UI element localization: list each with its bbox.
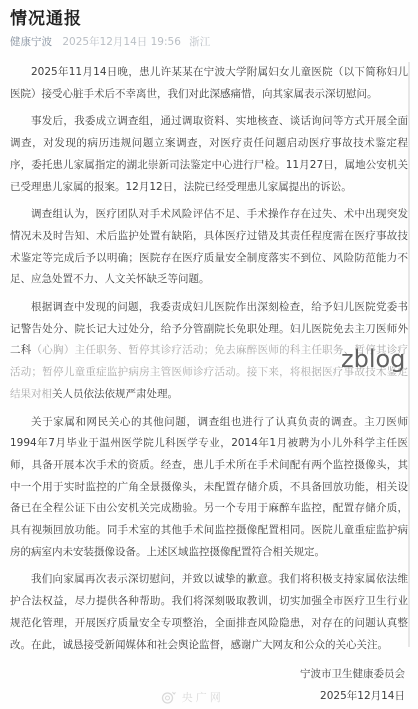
paragraph-other-questions: 关于家属和网民关心的其他问题，调查组也进行了认真负责的调查。主刀医师1994年7… bbox=[10, 412, 408, 564]
byline: 健康宁波 2025年12月14日 19:56 浙江 bbox=[0, 29, 418, 49]
notice-article-page: 情况通报 健康宁波 2025年12月14日 19:56 浙江 2025年11月1… bbox=[0, 0, 418, 709]
page-title: 情况通报 bbox=[0, 0, 418, 29]
zblog-watermark: zblog bbox=[341, 342, 405, 376]
source-account-link[interactable]: 健康宁波 bbox=[10, 36, 52, 48]
paragraph-investigation-actions: 事发后，我委成立调查组，通过调取资料、实地核查、谈话询问等方式开展全面调查，对发… bbox=[10, 111, 408, 198]
camera-logo-icon bbox=[161, 690, 177, 704]
paragraph-apology: 我们向家属再次表示深切慰问，并致以诚挚的歉意。我们将积极支持家属依法维护合法权益… bbox=[10, 569, 408, 656]
paragraph-intro: 2025年11月14日晚，患儿许某某在宁波大学附属妇女儿童医院（以下简称妇儿医院… bbox=[10, 62, 408, 105]
paragraph-findings: 调查组认为，医疗团队对手术风险评估不足、手术操作存在过失、术中出现突发情况未及时… bbox=[10, 204, 408, 291]
right-edge-line bbox=[408, 62, 410, 647]
publish-timestamp: 2025年12月14日 19:56 bbox=[62, 36, 181, 48]
paragraph-punishments-tail: 关人员依法依规严肃处理。 bbox=[52, 388, 178, 400]
signature-org: 宁波市卫生健康委员会 bbox=[10, 664, 405, 686]
publish-location: 浙江 bbox=[189, 36, 210, 48]
news-outlet-logo-text: 央广网 bbox=[182, 689, 224, 705]
news-outlet-logo: 央广网 bbox=[161, 689, 224, 705]
